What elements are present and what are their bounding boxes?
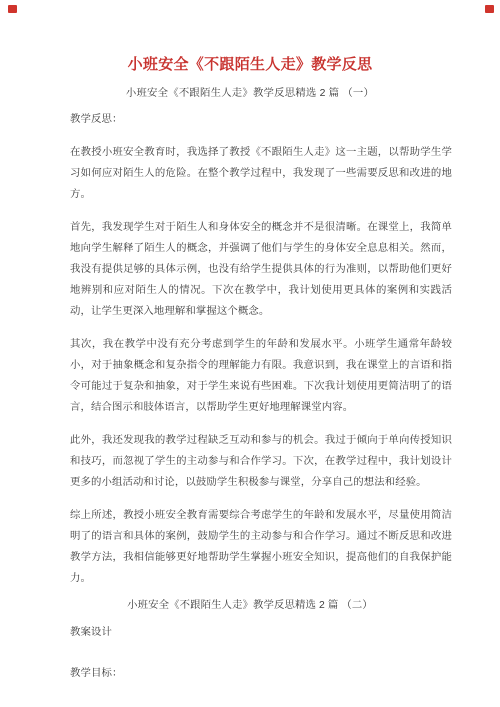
paragraph-2: 首先，我发现学生对于陌生人和身体安全的概念并不是很清晰。在课堂上，我简单地向学生… [70, 217, 452, 322]
red-corner-mark-right [485, 5, 494, 13]
paragraph-1: 在教授小班安全教育时，我选择了教授《不跟陌生人走》这一主题，以帮助学生学习如何应… [70, 142, 452, 205]
doc-subtitle-part1: 小班安全《不跟陌生人走》教学反思精选 2 篇 （一） [0, 86, 500, 101]
paragraph-4: 此外，我还发现我的教学过程缺乏互动和参与的机会。我过于倾向于单向传授知识和技巧，… [70, 430, 452, 493]
doc-title: 小班安全《不跟陌生人走》教学反思 [0, 55, 500, 74]
section2-heading: 教案设计 [70, 622, 452, 643]
doc-body: 教学反思： 在教授小班安全教育时，我选择了教授《不跟陌生人走》这一主题，以帮助学… [70, 109, 452, 684]
paragraph-3: 其次，我在教学中没有充分考虑到学生的年龄和发展水平。小班学生通常年龄较小，对于抽… [70, 334, 452, 418]
doc-subtitle-part2: 小班安全《不跟陌生人走》教学反思精选 2 篇 （二） [48, 595, 452, 616]
section2-label: 教学目标： [70, 663, 452, 684]
paragraph-5: 综上所述，教授小班安全教育需要综合考虑学生的年龄和发展水平，尽量使用简洁明了的语… [70, 505, 452, 589]
document-page: 小班安全《不跟陌生人走》教学反思 小班安全《不跟陌生人走》教学反思精选 2 篇 … [0, 0, 500, 707]
section1-label: 教学反思： [70, 109, 452, 130]
red-corner-mark-left [8, 5, 17, 13]
